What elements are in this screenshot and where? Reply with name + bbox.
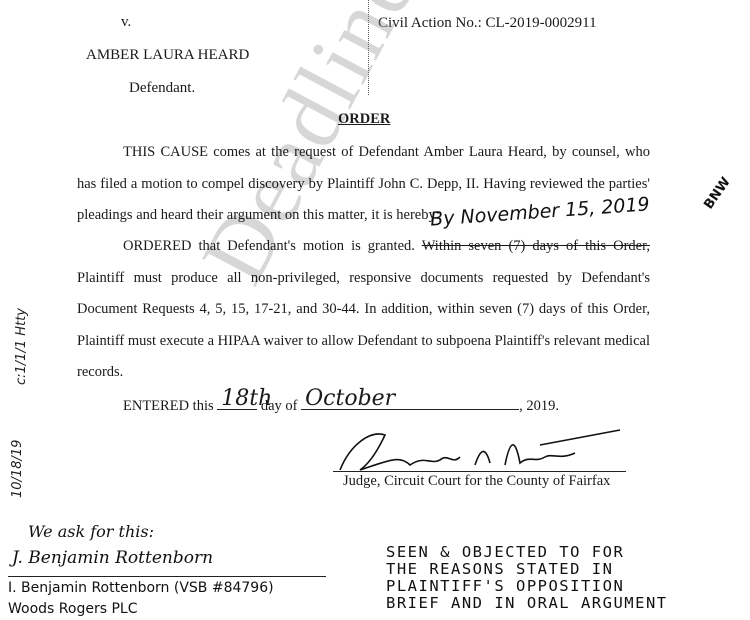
objection-note: SEEN & OBJECTED TO FOR THE REASONS STATE…	[386, 544, 668, 612]
handwritten-initials: BNW	[701, 175, 733, 212]
defendant-role: Defendant.	[129, 80, 195, 97]
counsel-firm: Woods Rogers PLC	[8, 601, 137, 617]
judge-label: Judge, Circuit Court for the County of F…	[343, 473, 610, 490]
judge-signature-line	[333, 471, 626, 472]
entered-suffix: , 2019.	[519, 398, 559, 414]
margin-note-date: 10/18/19	[10, 440, 25, 498]
judge-signature	[330, 425, 630, 477]
counsel-name: I. Benjamin Rottenborn (VSB #84796)	[8, 580, 274, 596]
struck-deadline-text: Within seven (7) days of this Order,	[422, 238, 650, 254]
order-title: ORDER	[338, 111, 390, 128]
objection-line: THE REASONS STATED IN	[386, 561, 668, 578]
objection-line: BRIEF AND IN ORAL ARGUMENT	[386, 595, 668, 612]
entered-month: October	[305, 386, 395, 411]
order-granted-text: ORDERED that Defendant's motion is grant…	[123, 238, 422, 254]
counsel-signature-line	[8, 576, 326, 577]
objection-line: SEEN & OBJECTED TO FOR	[386, 544, 668, 561]
entered-line: ENTERED this 18th day of October, 2019.	[123, 393, 559, 415]
entered-prefix: ENTERED this	[123, 398, 214, 414]
order-requirements-text: Plaintiff must produce all non-privilege…	[77, 270, 650, 381]
versus-label: v.	[121, 14, 131, 31]
entered-day: 18th	[221, 386, 272, 411]
defendant-name: AMBER LAURA HEARD	[86, 47, 249, 64]
entered-month-field: October	[301, 393, 519, 410]
objection-line: PLAINTIFF'S OPPOSITION	[386, 578, 668, 595]
order-paragraph-2: ORDERED that Defendant's motion is grant…	[77, 231, 650, 389]
entered-day-field: 18th	[217, 393, 257, 410]
counsel-request: We ask for this:	[28, 522, 154, 541]
counsel-signature: J. Benjamin Rottenborn	[12, 548, 213, 568]
margin-note-initials: c:1/1/1 Htty	[14, 308, 29, 385]
